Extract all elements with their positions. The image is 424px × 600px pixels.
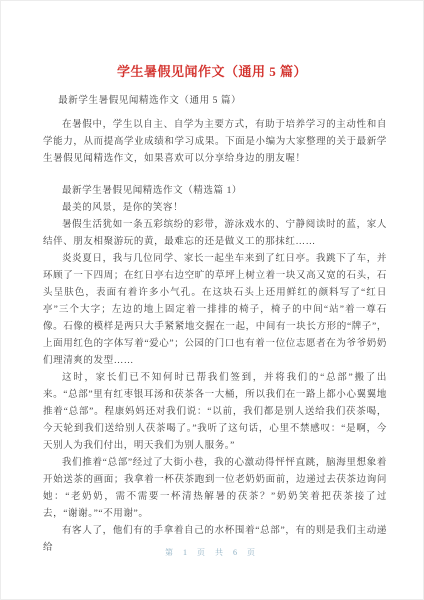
document-page: 学生暑假见闻作文（通用 5 篇） 最新学生暑假见闻精选作文（通用 5 篇） 在暑… [0, 0, 424, 600]
paragraph-intro: 在暑假中，学生以自主、自学为主要方式，有助于培养学习的主动性和自学能力，从而提高… [43, 117, 387, 168]
paragraph-hongriting-arrival: 炎炎夏日，我与几位同学、家长一起坐车来到了红日亭。我跳下了车，并环顾了一下四周；… [43, 251, 387, 370]
page-footer: 第 1 页 共 6 页 [1, 547, 423, 558]
paragraph-serving-tea: 我们推着“总部”经过了大街小巷，我的心激动得怦怦直跳，脑海里想象着开始送茶的画面… [43, 455, 387, 523]
essay-opening-line: 最美的风景，是你的笑容！ [43, 200, 387, 217]
paragraph-headquarters-tea: 这时，家长们已不知何时已帮我们签到，并将我们的“总部”搬了出来。“总部”里有红枣… [43, 370, 387, 455]
page-number-indicator: 第 1 页 共 6 页 [165, 548, 259, 557]
paragraph-summer-ribbon: 暑假生活犹如一条五彩缤纷的彩带，游泳戏水的、宁静阅读时的蓝，家人结伴、朋友相聚游… [43, 217, 387, 251]
document-title: 学生暑假见闻作文（通用 5 篇） [1, 61, 423, 80]
document-subtitle: 最新学生暑假见闻精选作文（通用 5 篇） [43, 92, 387, 106]
document-body: 在暑假中，学生以自主、自学为主要方式，有助于培养学习的主动性和自学能力，从而提高… [43, 117, 387, 557]
section-heading-essay-1: 最新学生暑假见闻精选作文（精选篇 1） [43, 183, 387, 200]
